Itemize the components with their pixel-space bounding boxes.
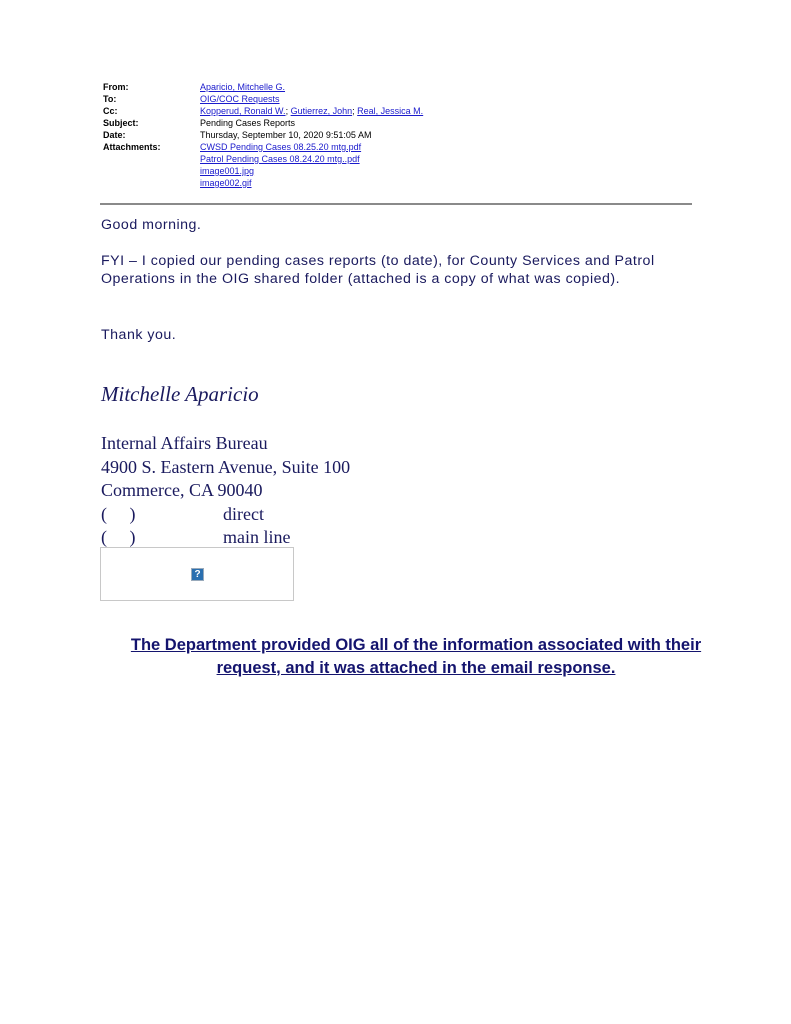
phone-main-line: ( ) main line xyxy=(101,526,350,550)
signature-name: Mitchelle Aparicio xyxy=(101,382,259,407)
subject-label: Subject: xyxy=(103,117,200,129)
subject-value: Pending Cases Reports xyxy=(200,117,295,129)
from-label: From: xyxy=(103,81,200,93)
cc-link[interactable]: Kopperud, Ronald W. xyxy=(200,106,286,116)
attachment-link[interactable]: Patrol Pending Cases 08.24.20 mtg..pdf xyxy=(200,153,361,165)
cc-link[interactable]: Real, Jessica M. xyxy=(357,106,423,116)
to-link[interactable]: OIG/COC Requests xyxy=(200,93,280,105)
phone-number: ( ) xyxy=(101,503,223,527)
phone-number: ( ) xyxy=(101,526,223,550)
phone-label: main line xyxy=(223,526,290,550)
signature-line: Commerce, CA 90040 xyxy=(101,479,350,503)
cc-link[interactable]: Gutierrez, John xyxy=(291,106,353,116)
attachment-link[interactable]: image002.gif xyxy=(200,177,361,189)
closing: Thank you. xyxy=(101,326,701,344)
to-label: To: xyxy=(103,93,200,105)
cc-row: Cc: Kopperud, Ronald W.; Gutierrez, John… xyxy=(103,105,423,117)
attachments-row: Attachments: CWSD Pending Cases 08.25.20… xyxy=(103,141,423,189)
cc-separator: ; xyxy=(286,106,289,116)
cc-separator: ; xyxy=(352,106,355,116)
signature-line: Internal Affairs Bureau xyxy=(101,432,350,456)
cc-label: Cc: xyxy=(103,105,200,117)
signature-line: 4900 S. Eastern Avenue, Suite 100 xyxy=(101,456,350,480)
attachments-label: Attachments: xyxy=(103,141,200,189)
date-label: Date: xyxy=(103,129,200,141)
attachment-link[interactable]: image001.jpg xyxy=(200,165,361,177)
annotation-note: The Department provided OIG all of the i… xyxy=(100,634,732,680)
header-divider xyxy=(100,203,692,205)
attachment-link[interactable]: CWSD Pending Cases 08.25.20 mtg.pdf xyxy=(200,141,361,153)
subject-row: Subject: Pending Cases Reports xyxy=(103,117,423,129)
date-row: Date: Thursday, September 10, 2020 9:51:… xyxy=(103,129,423,141)
body-paragraph: FYI – I copied our pending cases reports… xyxy=(101,252,691,288)
from-link[interactable]: Aparicio, Mitchelle G. xyxy=(200,81,285,93)
from-row: From: Aparicio, Mitchelle G. xyxy=(103,81,423,93)
date-value: Thursday, September 10, 2020 9:51:05 AM xyxy=(200,129,371,141)
signature-block: Internal Affairs Bureau 4900 S. Eastern … xyxy=(101,432,350,550)
broken-image-icon: ? xyxy=(191,568,204,581)
signature-image-placeholder: ? xyxy=(100,547,294,601)
phone-label: direct xyxy=(223,503,264,527)
phone-direct: ( ) direct xyxy=(101,503,350,527)
email-header: From: Aparicio, Mitchelle G. To: OIG/COC… xyxy=(103,81,423,189)
greeting: Good morning. xyxy=(101,216,701,234)
to-row: To: OIG/COC Requests xyxy=(103,93,423,105)
